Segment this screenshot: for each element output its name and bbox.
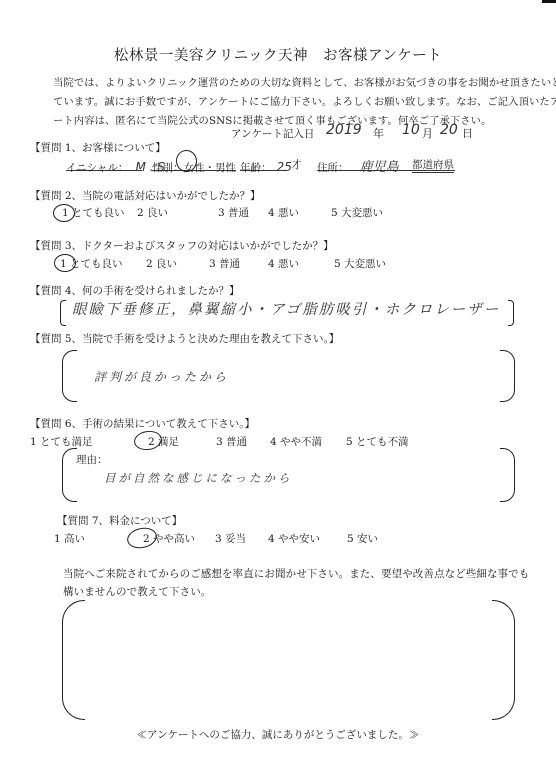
entry-date-year-unit: 年 <box>373 125 384 141</box>
q8-prompt-line-2: 構いませんので教えて下さい。 <box>63 584 211 599</box>
question-3-heading: 【質問 3、ドクターおよびスタッフの対応はいかがでしたか？】 <box>30 238 334 253</box>
q5-box-left <box>62 350 77 402</box>
gender-option-male[interactable]: 男性 <box>215 162 236 174</box>
footer-thanks: ≪アンケートへのご協力、誠にありがとうございました。≫ <box>0 727 556 742</box>
question-6-heading: 【質問 6、手術の結果について教えて下さい。】 <box>30 416 255 431</box>
age-field[interactable]: 年齢： 25 <box>240 156 286 171</box>
address-value: 鹿児島 <box>360 160 399 175</box>
q7-option-1[interactable]: 1 高い <box>54 531 85 546</box>
address-unit: 都道府県 <box>412 157 454 173</box>
intro-line-2: ています。誠にお手数ですが、アンケートにご協力下さい。よろしくお願い致します。な… <box>53 93 556 108</box>
q6-option-5[interactable]: 5 とても不満 <box>346 434 409 449</box>
q6-option-3[interactable]: 3 普通 <box>216 434 247 449</box>
q7-selection-circle <box>125 525 159 551</box>
entry-date-day-unit: 日 <box>462 125 473 141</box>
address-label: 住所： <box>317 162 349 174</box>
initials-field[interactable]: イニシャル： M . S <box>66 156 142 171</box>
q8-box-right <box>492 600 515 720</box>
q2-option-4[interactable]: 4 悪い <box>268 205 299 220</box>
q3-option-3[interactable]: 3 普通 <box>209 256 240 271</box>
entry-date-year[interactable]: 2019 <box>326 122 362 138</box>
q2-option-2[interactable]: 2 良い <box>137 205 168 220</box>
q2-selection-circle <box>53 204 75 222</box>
age-label: 年齢： <box>240 162 272 174</box>
q5-box-right <box>500 350 515 402</box>
entry-date-label: アンケート記入日 <box>231 126 314 141</box>
q6-reason-box-left <box>62 448 77 502</box>
entry-date-month-unit: 月 <box>422 125 433 141</box>
age-unit: 才 <box>291 157 302 172</box>
intro-line-1: 当院では、よりよいクリニック運営のための大切な資料として、お客様がお気づきの事を… <box>53 74 556 89</box>
q2-option-5[interactable]: 5 大変悪い <box>331 205 383 220</box>
question-4-heading: 【質問 4、何の手術を受けられましたか？】 <box>30 283 240 298</box>
q6-option-4[interactable]: 4 やや不満 <box>270 434 322 449</box>
q2-option-3[interactable]: 3 普通 <box>218 205 249 220</box>
q5-answer[interactable]: 評判が良かったから <box>94 368 229 385</box>
q8-answer-area[interactable] <box>90 612 490 712</box>
q3-option-5[interactable]: 5 大変悪い <box>334 256 386 271</box>
q6-reason-answer[interactable]: 目が自然な感じになったから <box>104 470 293 486</box>
survey-title: 松林景一美容クリニック天神 お客様アンケート <box>0 44 556 65</box>
q3-option-4[interactable]: 4 悪い <box>268 256 299 271</box>
q7-option-3[interactable]: 3 妥当 <box>215 531 246 546</box>
q6-option-1[interactable]: 1 とても満足 <box>30 434 93 449</box>
q7-option-5[interactable]: 5 安い <box>347 531 378 546</box>
q6-reason-label: 理由： <box>76 452 108 467</box>
entry-date-day[interactable]: 20 <box>440 122 458 138</box>
question-1-heading: 【質問 1、お客様について】 <box>30 140 166 155</box>
q4-bracket-left <box>60 300 66 326</box>
question-2-heading: 【質問 2、当院の電話対応はいかがでしたか？】 <box>30 188 261 203</box>
gender-separator: ・ <box>205 162 216 174</box>
age-value: 25 <box>277 160 292 174</box>
initials-label: イニシャル： <box>66 162 128 174</box>
entry-date-month[interactable]: 10 <box>402 122 420 138</box>
q6-reason-box-right <box>500 448 515 502</box>
q7-option-4[interactable]: 4 やや安い <box>268 531 320 546</box>
q8-prompt-line-1: 当院へご来院されてからのご感想を率直にお聞かせ下さい。また、要望や改善点など些細… <box>63 566 529 581</box>
q3-selection-circle <box>54 254 76 272</box>
q4-answer[interactable]: 眼瞼下垂修正，鼻翼縮小・アゴ脂肪吸引・ホクロレーザー <box>72 298 500 319</box>
scan-edge-mark <box>542 0 556 3</box>
q3-option-2[interactable]: 2 良い <box>146 256 177 271</box>
q4-bracket-right <box>508 300 514 326</box>
q8-box-left <box>62 600 85 720</box>
question-7-heading: 【質問 7、料金について】 <box>57 513 182 528</box>
question-5-heading: 【質問 5、当院で手術を受けようと決めた理由を教えて下さい。】 <box>30 331 339 346</box>
